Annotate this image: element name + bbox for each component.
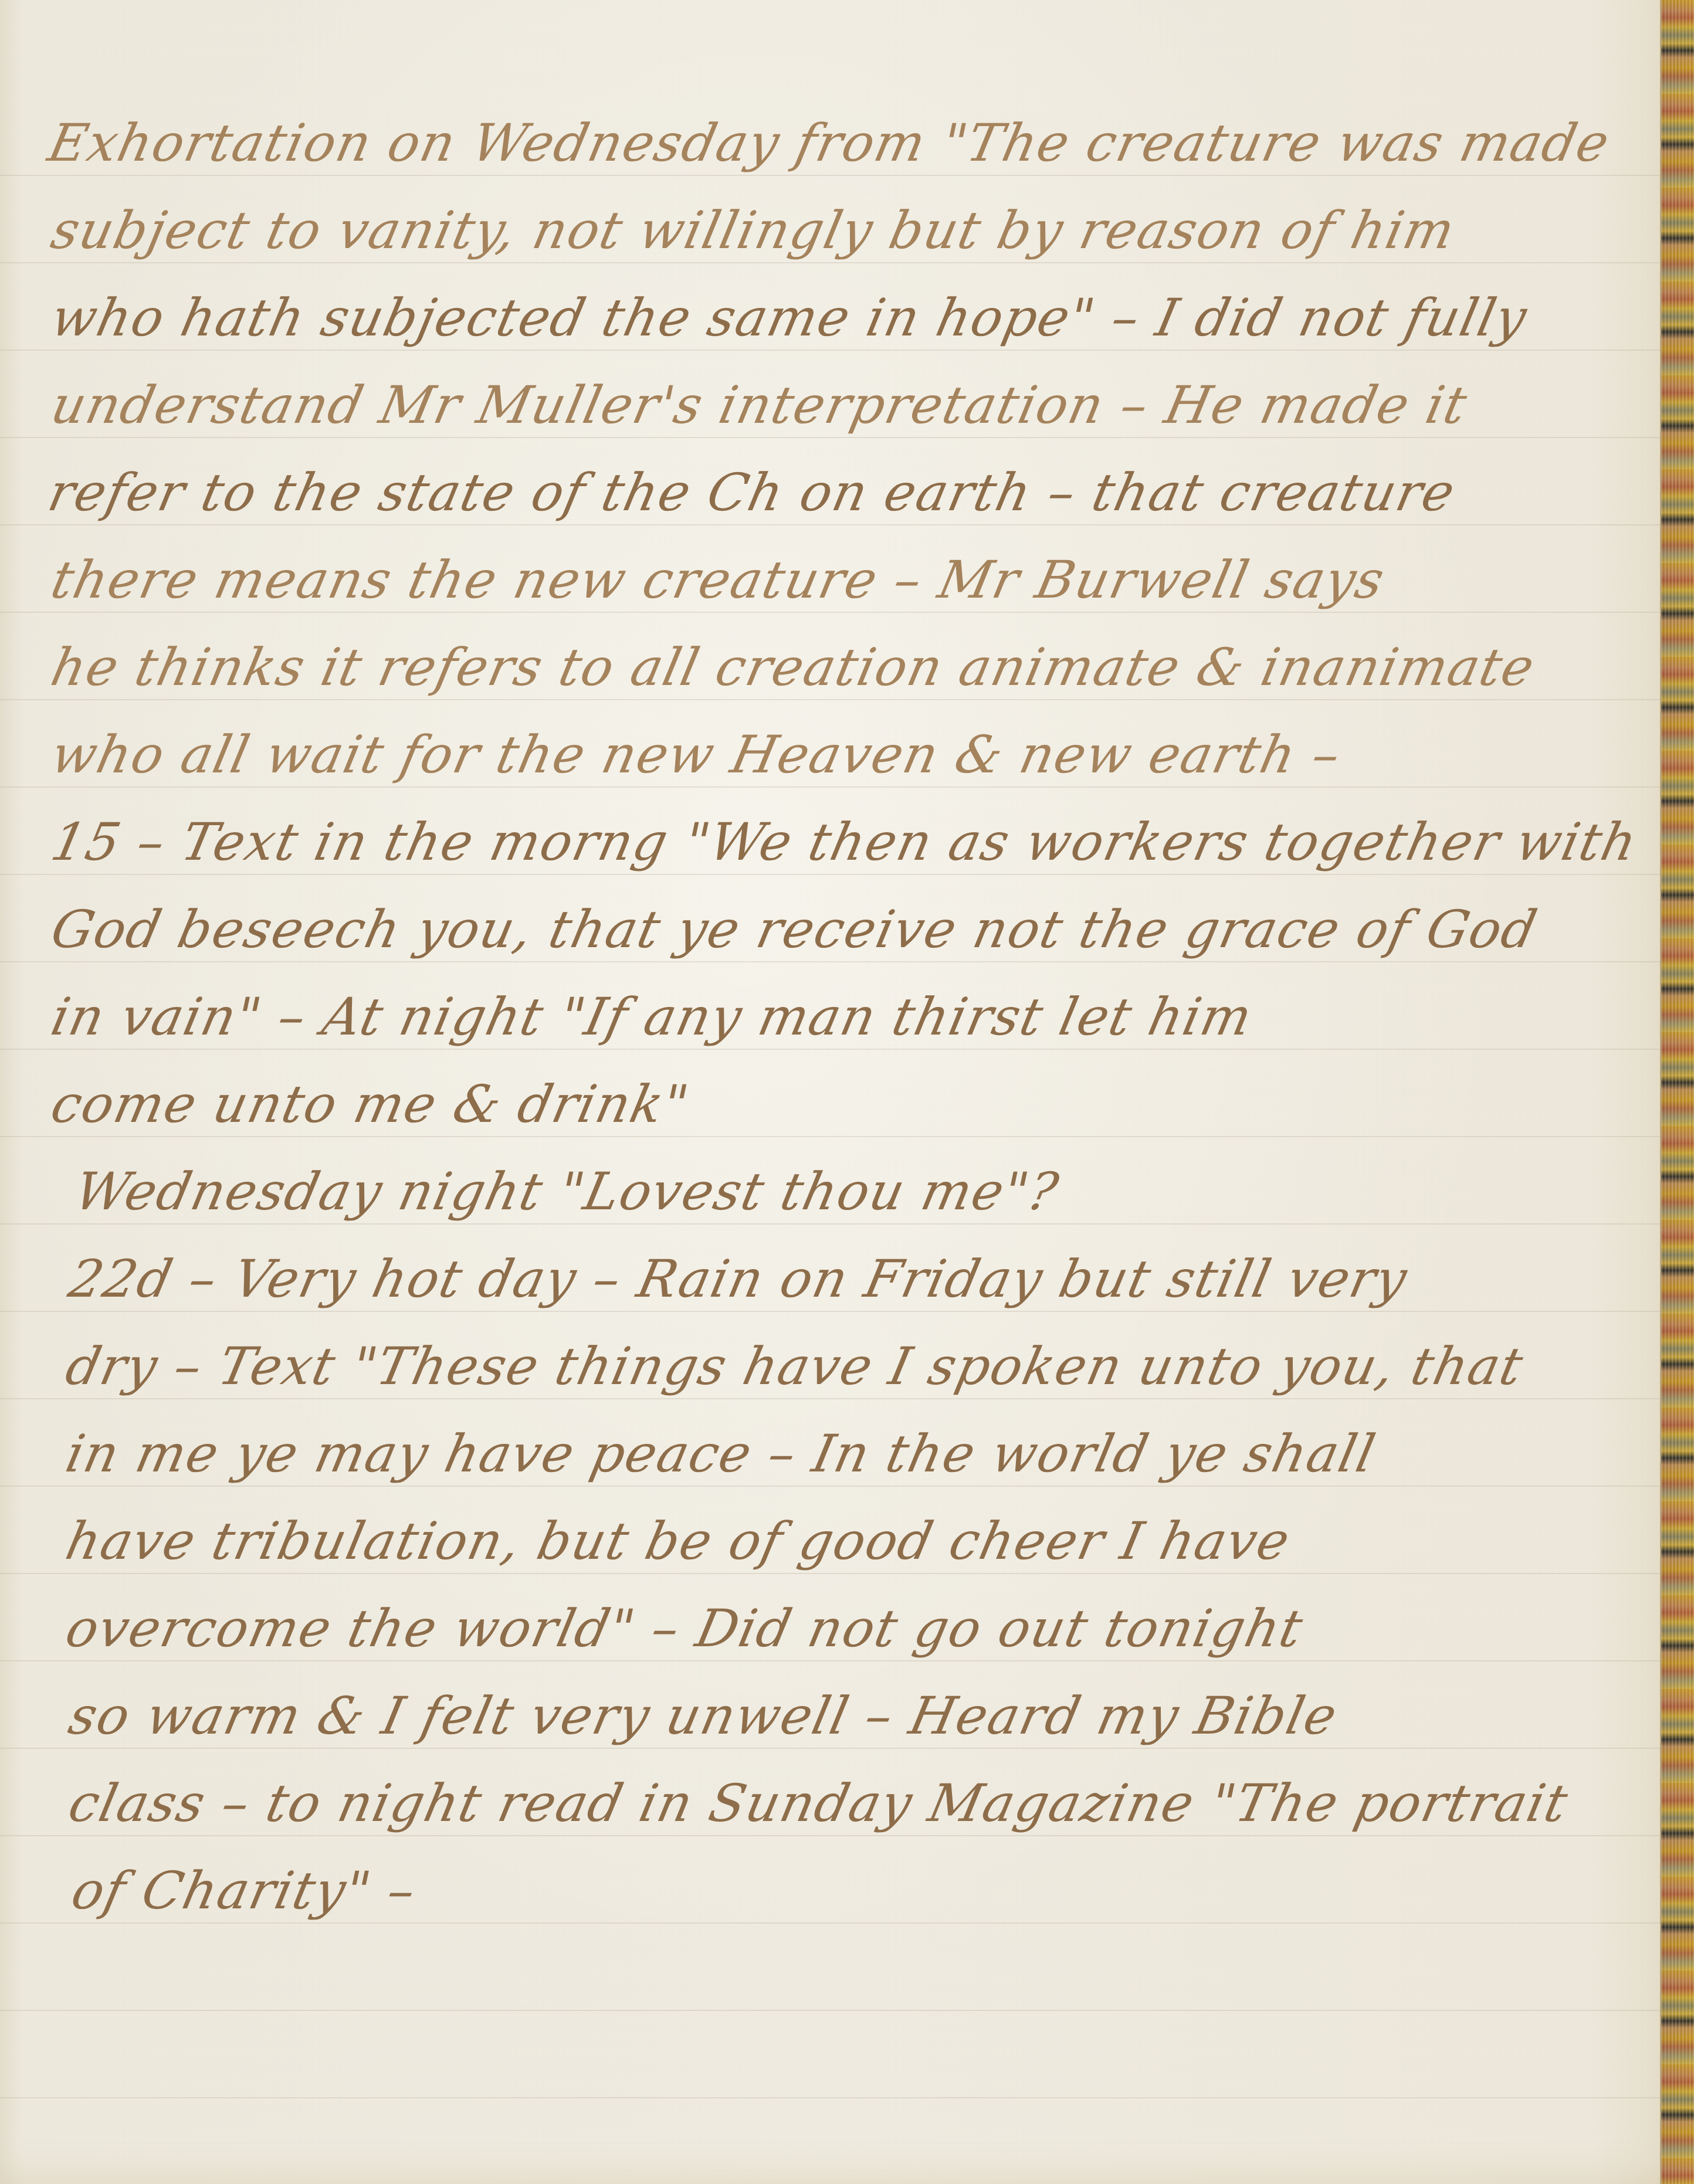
text-line: Exhortation on Wednesday from "The creat… bbox=[44, 117, 1614, 169]
text-line: class – to night read in Sunday Magazine… bbox=[65, 1778, 1573, 1829]
text-line: understand Mr Muller's interpretation – … bbox=[47, 379, 1472, 431]
text-line: come unto me & drink" bbox=[47, 1079, 694, 1130]
text-line: in vain" – At night "If any man thirst l… bbox=[47, 991, 1257, 1043]
journal-page: Exhortation on Wednesday from "The creat… bbox=[0, 0, 1660, 2184]
text-line: he thinks it refers to all creation anim… bbox=[47, 642, 1540, 693]
text-line: Wednesday night "Lovest thou me"? bbox=[70, 1166, 1063, 1218]
text-line: dry – Text "These things have I spoken u… bbox=[62, 1341, 1528, 1392]
text-line: in me ye may have peace – In the world y… bbox=[62, 1428, 1380, 1480]
entry-22d: 22d – Very hot day – Rain on Friday but … bbox=[65, 1253, 1412, 1305]
text-line: have tribulation, but be of good cheer I… bbox=[62, 1515, 1295, 1567]
text-line: who hath subjected the same in hope" – I… bbox=[47, 292, 1532, 344]
text-line: subject to vanity, not willingly but by … bbox=[47, 205, 1460, 256]
entry-15: 15 – Text in the morng "We then as worke… bbox=[47, 816, 1642, 868]
marbled-page-edge bbox=[1660, 0, 1694, 2184]
text-line: there means the new creature – Mr Burwel… bbox=[47, 554, 1390, 606]
text-line: so warm & I felt very unwell – Heard my … bbox=[65, 1690, 1342, 1742]
text-line: overcome the world" – Did not go out ton… bbox=[62, 1603, 1307, 1654]
text-line: God beseech you, that ye receive not the… bbox=[47, 904, 1542, 955]
text-line: who all wait for the new Heaven & new ea… bbox=[47, 729, 1346, 781]
text-line: refer to the state of the Ch on earth – … bbox=[44, 467, 1460, 518]
text-line: of Charity" – bbox=[67, 1865, 421, 1917]
handwritten-text: Exhortation on Wednesday from "The creat… bbox=[0, 0, 1660, 2184]
